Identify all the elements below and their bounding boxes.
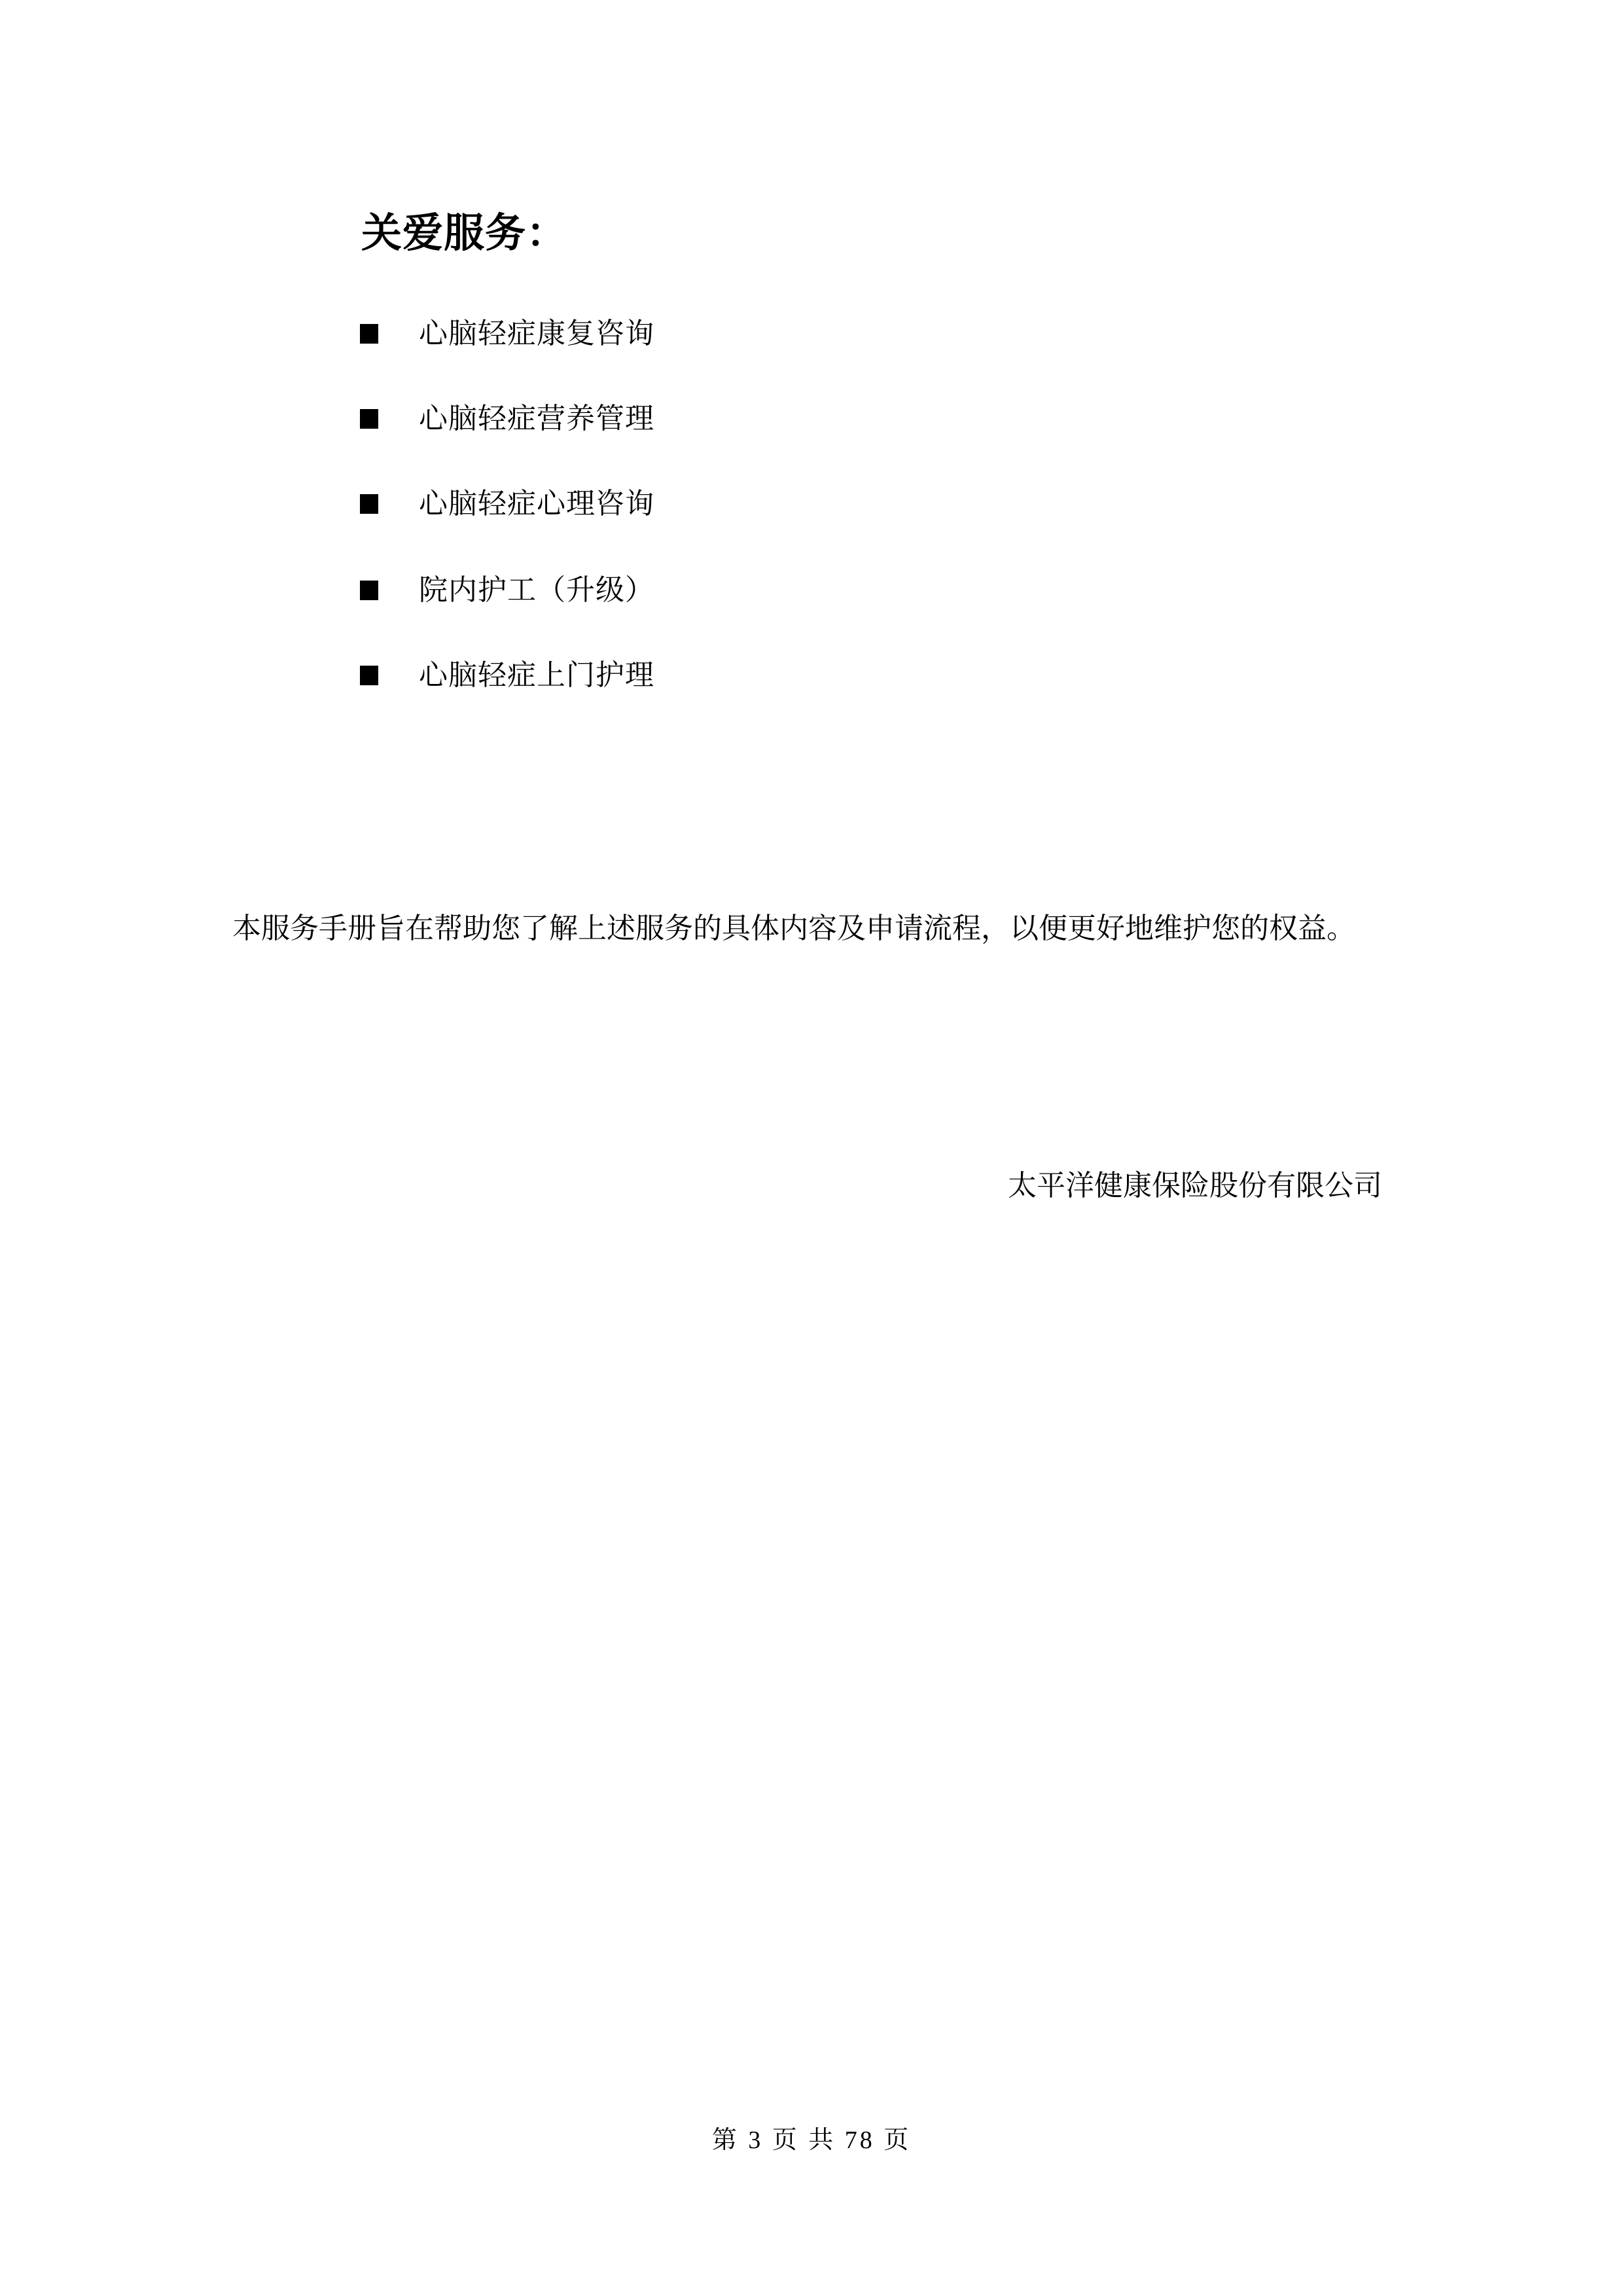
square-bullet-icon bbox=[360, 666, 378, 685]
list-item: 院内护工（升级） bbox=[360, 571, 654, 610]
square-bullet-icon bbox=[360, 324, 378, 344]
square-bullet-icon bbox=[360, 409, 378, 429]
list-item-label: 心脑轻症心理咨询 bbox=[419, 490, 654, 518]
list-item-label: 心脑轻症营养管理 bbox=[419, 404, 654, 433]
list-item: 心脑轻症营养管理 bbox=[360, 399, 654, 439]
company-name: 太平洋健康保险股份有限公司 bbox=[1008, 1169, 1382, 1204]
list-item-label: 院内护工（升级） bbox=[419, 576, 654, 605]
page-number: 第 3 页 共 78 页 bbox=[0, 2126, 1623, 2156]
square-bullet-icon bbox=[360, 494, 378, 514]
square-bullet-icon bbox=[360, 581, 378, 600]
list-item-label: 心脑轻症康复咨询 bbox=[419, 319, 654, 348]
list-item: 心脑轻症心理咨询 bbox=[360, 484, 654, 524]
list-item-label: 心脑轻症上门护理 bbox=[419, 661, 654, 690]
list-item: 心脑轻症上门护理 bbox=[360, 656, 654, 695]
section-heading: 关爱服务： bbox=[361, 211, 567, 257]
description-paragraph: 本服务手册旨在帮助您了解上述服务的具体内容及申请流程，以便更好地维护您的权益。 bbox=[232, 910, 1355, 947]
list-item: 心脑轻症康复咨询 bbox=[360, 314, 654, 353]
document-page: 关爱服务： 心脑轻症康复咨询 心脑轻症营养管理 心脑轻症心理咨询 院内护工（升级… bbox=[0, 0, 1623, 2296]
